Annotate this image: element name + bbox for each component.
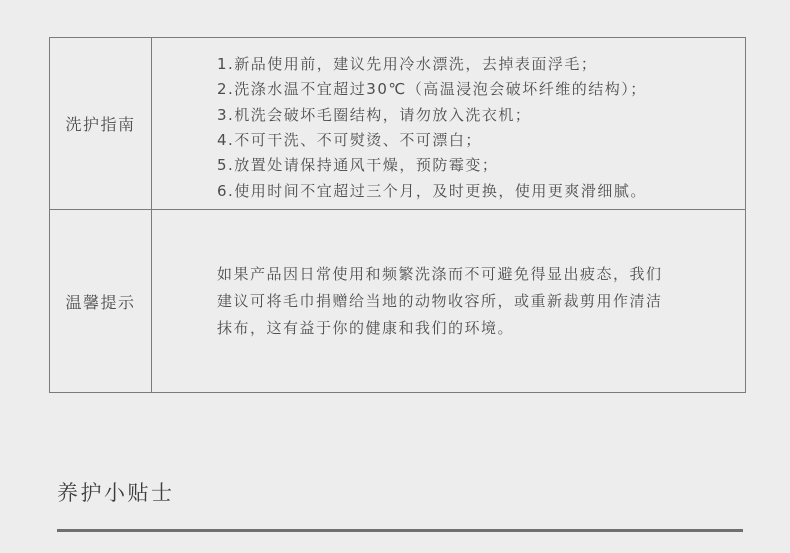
section-heading-care-tips: 养护小贴士 bbox=[57, 477, 175, 507]
care-instructions-table: 洗护指南 1.新品使用前，建议先用冷水漂洗，去掉表面浮毛； 2.洗涤水温不宜超过… bbox=[49, 37, 746, 393]
care-instruction-line: 3.机洗会破坏毛圈结构，请勿放入洗衣机； bbox=[217, 103, 731, 128]
wash-guide-content: 1.新品使用前，建议先用冷水漂洗，去掉表面浮毛； 2.洗涤水温不宜超过30℃（高… bbox=[152, 38, 745, 209]
care-instruction-line: 6.使用时间不宜超过三个月，及时更换，使用更爽滑细腻。 bbox=[217, 179, 731, 204]
table-row-warm-tips: 温馨提示 如果产品因日常使用和频繁洗涤而不可避免得显出疲态，我们建议可将毛巾捐赠… bbox=[50, 209, 745, 392]
warm-tips-content: 如果产品因日常使用和频繁洗涤而不可避免得显出疲态，我们建议可将毛巾捐赠给当地的动… bbox=[152, 210, 745, 392]
care-instruction-line: 4.不可干洗、不可熨烫、不可漂白； bbox=[217, 128, 731, 153]
care-instruction-line: 1.新品使用前，建议先用冷水漂洗，去掉表面浮毛； bbox=[217, 52, 731, 77]
row-label-warm-tips: 温馨提示 bbox=[50, 210, 152, 392]
divider-line bbox=[57, 529, 743, 532]
care-instruction-line: 2.洗涤水温不宜超过30℃（高温浸泡会破坏纤维的结构）； bbox=[217, 77, 731, 102]
care-instruction-line: 5.放置处请保持通风干燥，预防霉变； bbox=[217, 153, 731, 178]
row-label-wash-guide: 洗护指南 bbox=[50, 38, 152, 209]
warm-tips-paragraph: 如果产品因日常使用和频繁洗涤而不可避免得显出疲态，我们建议可将毛巾捐赠给当地的动… bbox=[217, 261, 673, 342]
table-row-wash-guide: 洗护指南 1.新品使用前，建议先用冷水漂洗，去掉表面浮毛； 2.洗涤水温不宜超过… bbox=[50, 38, 745, 209]
